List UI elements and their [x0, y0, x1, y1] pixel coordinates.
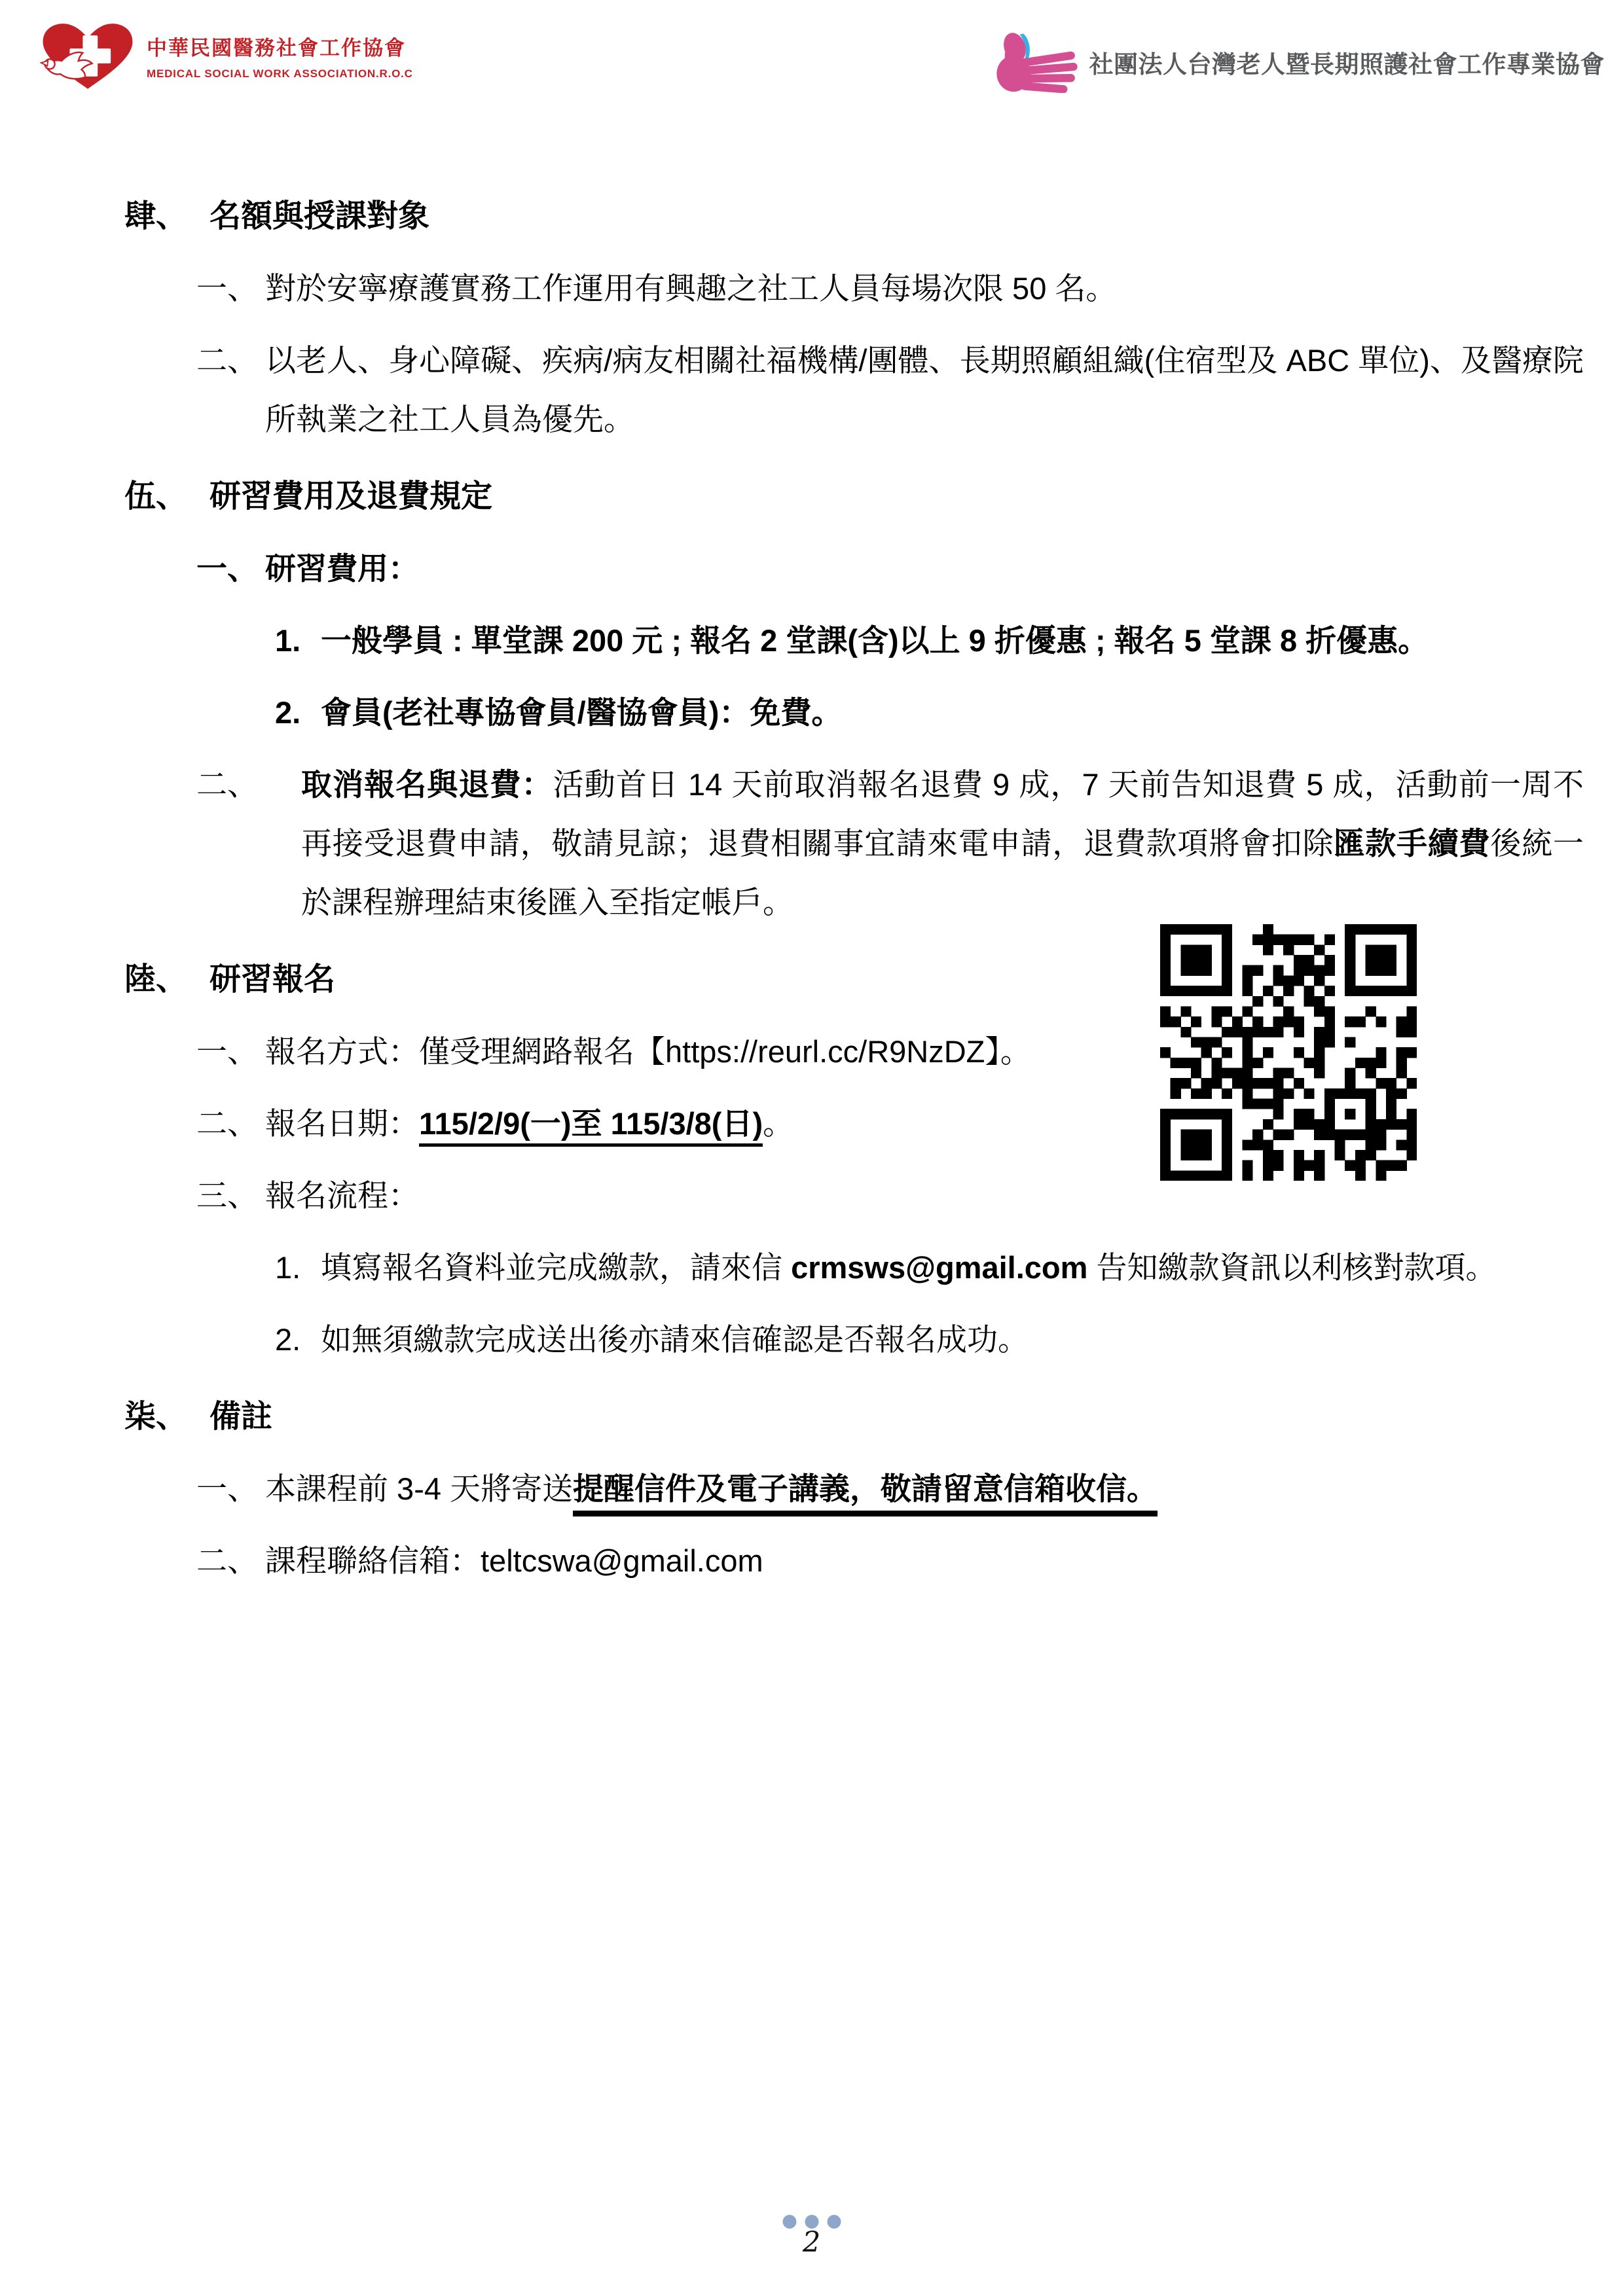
list-item: 2.會員(老社專協會員/醫協會員)：免費。: [275, 683, 1584, 742]
item-marker: 二、: [196, 331, 258, 390]
hand-icon: [982, 27, 1087, 96]
item-text: 會員(老社專協會員/醫協會員)：免費。: [321, 695, 842, 730]
section-title: 備註: [210, 1399, 272, 1434]
list-item: 二、取消報名與退費：活動首日 14 天前取消報名退費 9 成，7 天前告知退費 …: [196, 755, 1584, 932]
section-title: 名額與授課對象: [210, 199, 429, 234]
section-title: 研習費用及退費規定: [210, 479, 492, 514]
item-marker: 2.: [275, 683, 301, 742]
item-text: 取消報名與退費：活動首日 14 天前取消報名退費 9 成，7 天前告知退費 5 …: [301, 767, 1584, 920]
list-item: 2.如無須繳款完成送出後亦請來信確認是否報名成功。: [275, 1310, 1584, 1369]
list-item: 1.一般學員 : 單堂課 200 元 ; 報名 2 堂課(含)以上 9 折優惠 …: [275, 611, 1584, 670]
item-marker: 一、: [196, 1022, 258, 1081]
list-item: 二、以老人、身心障礙、疾病/病友相關社福機構/團體、長期照顧組織(住宿型及 AB…: [196, 331, 1584, 449]
text-run: 115/2/9(一)至 115/3/8(日): [419, 1106, 763, 1147]
text-run: 一般學員 : 單堂課 200 元 ; 報名 2 堂課(含)以上 9 折優惠 ; …: [321, 623, 1429, 658]
text-run: 課程聯絡信箱：teltcswa@gmail.com: [265, 1543, 763, 1578]
item-marker: 一、: [196, 539, 258, 598]
section-title: 研習報名: [210, 962, 335, 997]
tltcswa-logo-title: 社團法人台灣老人暨長期照護社會工作專業協會: [1089, 45, 1605, 80]
item-marker: 三、: [196, 1166, 258, 1225]
list-item: 1.填寫報名資料並完成繳款，請來信 crmsws@gmail.com 告知繳款資…: [275, 1238, 1584, 1297]
item-marker: 1.: [275, 611, 301, 670]
text-run: 報名方式：僅受理網路報名【https://reurl.cc/R9NzDZ】。: [265, 1034, 1031, 1069]
item-text: 報名方式：僅受理網路報名【https://reurl.cc/R9NzDZ】。: [265, 1034, 1031, 1069]
list-item: 二、課程聯絡信箱：teltcswa@gmail.com: [196, 1532, 1584, 1590]
section: 伍、研習費用及退費規定一、研習費用：1.一般學員 : 單堂課 200 元 ; 報…: [0, 467, 1623, 932]
list-item: 一、研習費用：: [196, 539, 1584, 598]
item-text: 課程聯絡信箱：teltcswa@gmail.com: [265, 1543, 763, 1578]
section-heading: 伍、研習費用及退費規定: [124, 467, 1584, 526]
text-run: 。: [763, 1106, 793, 1141]
item-text: 如無須繳款完成送出後亦請來信確認是否報名成功。: [321, 1322, 1029, 1357]
section: 柒、備註一、本課程前 3-4 天將寄送提醒信件及電子講義，敬請留意信箱收信。二、…: [0, 1388, 1623, 1590]
item-text: 本課程前 3-4 天將寄送提醒信件及電子講義，敬請留意信箱收信。: [265, 1471, 1158, 1516]
item-text: 一般學員 : 單堂課 200 元 ; 報名 2 堂課(含)以上 9 折優惠 ; …: [321, 623, 1429, 658]
text-run: 會員(老社專協會員/醫協會員)：免費。: [321, 695, 842, 730]
item-marker: 二、: [196, 1532, 258, 1590]
item-text: 以老人、身心障礙、疾病/病友相關社福機構/團體、長期照顧組織(住宿型及 ABC …: [265, 343, 1584, 437]
list-item: 一、對於安寧療護實務工作運用有興趣之社工人員每場次限 50 名。: [196, 259, 1584, 318]
text-run: 如無須繳款完成送出後亦請來信確認是否報名成功。: [321, 1322, 1029, 1357]
section-label: 陸、: [124, 962, 187, 997]
item-text: 填寫報名資料並完成繳款，請來信 crmsws@gmail.com 告知繳款資訊以…: [321, 1250, 1496, 1285]
text-run: 報名流程：: [265, 1178, 419, 1213]
section-label: 肆、: [124, 199, 187, 234]
mswa-logo: 中華民國醫務社會工作協會 MEDICAL SOCIAL WORK ASSOCIA…: [38, 20, 413, 96]
text-run: 匯款手續費: [1334, 826, 1490, 861]
tltcswa-logo: 社團法人台灣老人暨長期照護社會工作專業協會: [982, 27, 1605, 96]
item-text: 報名日期：115/2/9(一)至 115/3/8(日)。: [265, 1106, 793, 1147]
item-marker: 1.: [275, 1238, 301, 1297]
registration-qr-code: [1158, 922, 1419, 1183]
text-run: 取消報名與退費：: [301, 767, 553, 802]
document-body: 肆、名額與授課對象一、對於安寧療護實務工作運用有興趣之社工人員每場次限 50 名…: [0, 169, 1623, 1590]
item-text: 報名流程：: [265, 1178, 419, 1213]
text-run: crmsws@gmail.com: [791, 1250, 1087, 1285]
text-run: 本課程前 3-4 天將寄送: [265, 1471, 573, 1506]
mswa-logo-subtitle: MEDICAL SOCIAL WORK ASSOCIATION.R.O.C: [147, 67, 413, 81]
list-item: 一、本課程前 3-4 天將寄送提醒信件及電子講義，敬請留意信箱收信。: [196, 1460, 1584, 1518]
text-run: 提醒信件及電子講義，敬請留意信箱收信。: [573, 1471, 1158, 1516]
text-run: 告知繳款資訊以利核對款項。: [1087, 1250, 1496, 1285]
section-label: 柒、: [124, 1399, 187, 1434]
item-marker: 二、: [196, 1094, 258, 1153]
mswa-logo-title: 中華民國醫務社會工作協會: [147, 35, 413, 62]
section-heading: 柒、備註: [124, 1388, 1584, 1446]
heart-dove-cross-icon: [38, 20, 137, 96]
text-run: 以老人、身心障礙、疾病/病友相關社福機構/團體、長期照顧組織(住宿型及 ABC …: [265, 343, 1584, 437]
section: 肆、名額與授課對象一、對於安寧療護實務工作運用有興趣之社工人員每場次限 50 名…: [0, 187, 1623, 449]
item-marker: 一、: [196, 1460, 258, 1518]
item-text: 研習費用：: [265, 551, 419, 586]
item-marker: 一、: [196, 259, 258, 318]
page-number: 2: [0, 2227, 1623, 2258]
item-text: 對於安寧療護實務工作運用有興趣之社工人員每場次限 50 名。: [265, 271, 1116, 306]
item-marker: 2.: [275, 1310, 301, 1369]
text-run: 研習費用：: [265, 551, 419, 586]
text-run: 報名日期：: [265, 1106, 419, 1141]
section-heading: 肆、名額與授課對象: [124, 187, 1584, 246]
text-run: 對於安寧療護實務工作運用有興趣之社工人員每場次限 50 名。: [265, 271, 1116, 306]
section-label: 伍、: [124, 479, 187, 514]
text-run: 填寫報名資料並完成繳款，請來信: [321, 1250, 791, 1285]
document-page: 中華民國醫務社會工作協會 MEDICAL SOCIAL WORK ASSOCIA…: [0, 0, 1623, 2296]
item-marker: 二、: [196, 755, 258, 814]
